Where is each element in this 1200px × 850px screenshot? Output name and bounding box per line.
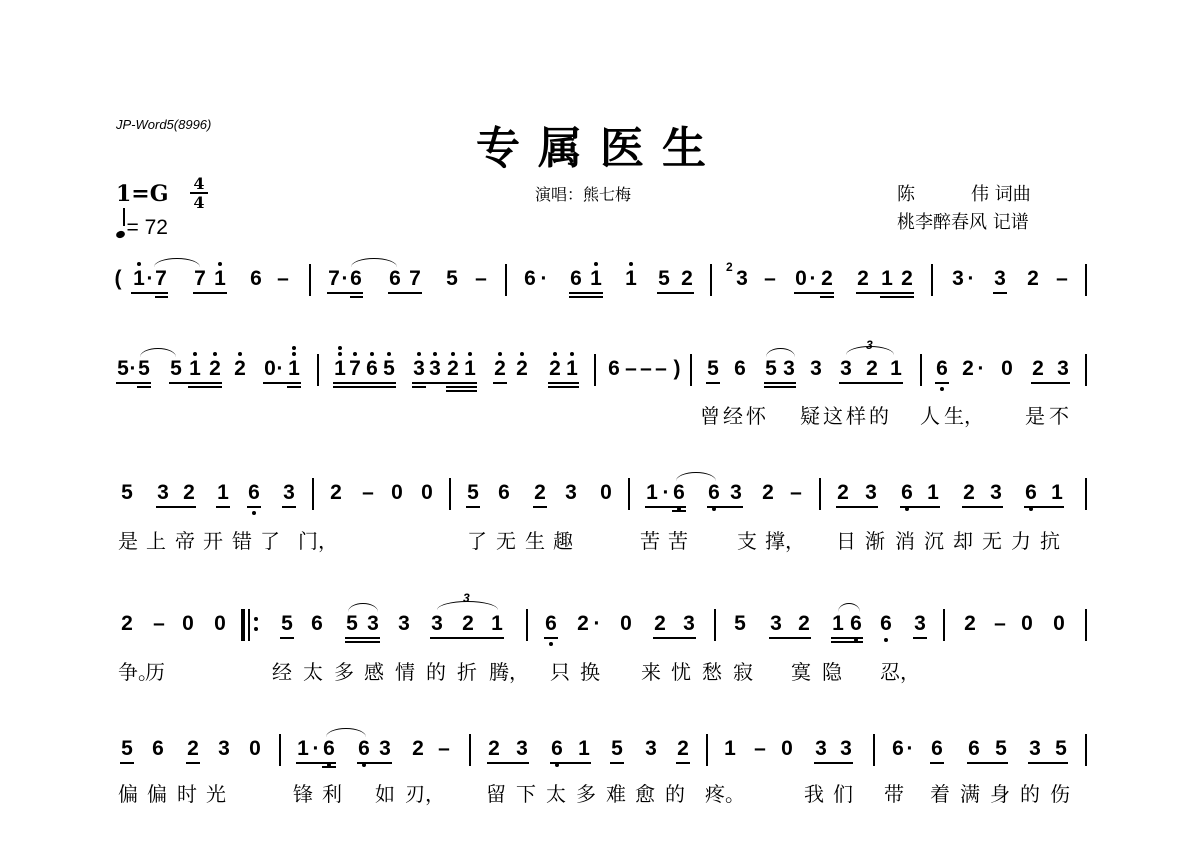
lyric-char: 下 bbox=[516, 778, 536, 807]
note: 1 bbox=[287, 358, 301, 379]
note: 1 bbox=[577, 738, 591, 759]
note: 6 bbox=[249, 268, 263, 289]
lyric-char: 是 bbox=[118, 525, 138, 554]
bar-line bbox=[1085, 609, 1087, 641]
octave-up-dot bbox=[213, 352, 217, 356]
note: 3 bbox=[839, 738, 853, 759]
note: 5 bbox=[657, 268, 671, 289]
beam-underline bbox=[430, 637, 504, 639]
beam-underline bbox=[672, 510, 686, 512]
repeat-dot bbox=[254, 617, 258, 621]
note: 3 bbox=[366, 613, 380, 634]
note: 6 bbox=[967, 738, 981, 759]
lyric-char: 日 bbox=[836, 525, 856, 554]
note: 2 bbox=[820, 268, 834, 289]
octave-up-dot bbox=[553, 352, 557, 356]
lyric-char: 却 bbox=[953, 525, 973, 554]
note: 6 bbox=[707, 482, 721, 503]
lyric-char: 来 bbox=[641, 656, 661, 685]
augmentation-dot: · bbox=[273, 358, 287, 379]
note: 2 bbox=[515, 358, 529, 379]
note: 2 bbox=[461, 613, 475, 634]
note: 1 bbox=[624, 268, 638, 289]
beam-underline bbox=[446, 390, 477, 392]
lyric-char: 光 bbox=[206, 778, 226, 807]
note: 2 bbox=[233, 358, 247, 379]
lyric-char: 多 bbox=[334, 656, 354, 685]
note: 2 bbox=[963, 613, 977, 634]
augmentation-dot: · bbox=[590, 613, 604, 634]
octave-down-dot bbox=[1029, 507, 1033, 511]
note: 5 bbox=[280, 613, 294, 634]
note: 5 bbox=[706, 358, 720, 379]
note: 3 bbox=[1028, 738, 1042, 759]
bar-line bbox=[309, 264, 311, 296]
note: 2 bbox=[653, 613, 667, 634]
beam-underline bbox=[856, 292, 914, 294]
bar-line bbox=[873, 734, 875, 766]
tie-slur bbox=[348, 603, 378, 612]
octave-down-dot bbox=[549, 642, 553, 646]
note: 1 bbox=[213, 268, 227, 289]
note: 1 bbox=[880, 268, 894, 289]
lyric-char: 经 bbox=[723, 400, 743, 429]
beam-underline bbox=[880, 296, 914, 298]
paren-open: ( bbox=[111, 268, 125, 289]
lyric-char: 时 bbox=[177, 778, 197, 807]
note: 6 bbox=[497, 482, 511, 503]
beam-underline bbox=[296, 762, 336, 764]
note: 6 bbox=[388, 268, 402, 289]
lyric-char: 苦 bbox=[640, 525, 660, 554]
lyric-char: 刃， bbox=[405, 778, 445, 807]
bar-line bbox=[526, 609, 528, 641]
note: 0 bbox=[1020, 613, 1034, 634]
lyric-char: 撑， bbox=[765, 525, 805, 554]
note: 2 bbox=[208, 358, 222, 379]
tie-slur bbox=[326, 728, 366, 737]
lyric-char: 趣 bbox=[553, 525, 573, 554]
note: 2 bbox=[962, 482, 976, 503]
dash: – bbox=[624, 358, 638, 379]
note: 2 bbox=[797, 613, 811, 634]
tie-slur bbox=[140, 348, 176, 357]
dash: – bbox=[753, 738, 767, 759]
octave-down-dot bbox=[555, 763, 559, 767]
note: 2 bbox=[1026, 268, 1040, 289]
beam-underline bbox=[569, 296, 603, 298]
lyric-char: 经 bbox=[272, 656, 292, 685]
lyric-char: 无 bbox=[496, 525, 516, 554]
octave-up-dot bbox=[468, 352, 472, 356]
bar-line bbox=[931, 264, 933, 296]
lyric-char: 寞 bbox=[791, 656, 811, 685]
lyric-char: 是 bbox=[1025, 400, 1045, 429]
lyric-char: 偏 bbox=[147, 778, 167, 807]
note: 6 bbox=[523, 268, 537, 289]
beam-underline bbox=[831, 641, 863, 643]
octave-up-dot bbox=[218, 262, 222, 266]
octave-down-dot bbox=[905, 507, 909, 511]
beam-underline bbox=[333, 382, 396, 384]
octave-down-dot bbox=[252, 511, 256, 515]
note: 3 bbox=[564, 482, 578, 503]
beam-underline bbox=[1031, 382, 1070, 384]
note: 2 bbox=[329, 482, 343, 503]
beam-underline bbox=[333, 386, 396, 388]
lyric-char: 如 bbox=[375, 778, 395, 807]
note: 7 bbox=[154, 268, 168, 289]
augmentation-dot: · bbox=[903, 738, 917, 759]
note: 3 bbox=[951, 268, 965, 289]
note: 2 bbox=[761, 482, 775, 503]
note: 1 bbox=[645, 482, 659, 503]
bar-line bbox=[449, 478, 451, 510]
bar-line bbox=[505, 264, 507, 296]
bar-line bbox=[943, 609, 945, 641]
beam-underline bbox=[345, 637, 380, 639]
octave-up-dot bbox=[370, 352, 374, 356]
note: 5 bbox=[169, 358, 183, 379]
bar-line bbox=[594, 354, 596, 386]
note: 5 bbox=[120, 738, 134, 759]
bar-line bbox=[706, 734, 708, 766]
lyric-char: 愈 bbox=[635, 778, 655, 807]
dash: – bbox=[474, 268, 488, 289]
tie-slur bbox=[154, 258, 200, 267]
beam-underline bbox=[962, 506, 1003, 508]
lyric-char: 沉 bbox=[924, 525, 944, 554]
lyric-char: 留 bbox=[486, 778, 506, 807]
beam-underline bbox=[116, 382, 151, 384]
dash: – bbox=[437, 738, 451, 759]
note: 0 bbox=[1052, 613, 1066, 634]
lyric-char: 支 bbox=[737, 525, 757, 554]
lyric-char: 太 bbox=[303, 656, 323, 685]
lyric-char: 感 bbox=[364, 656, 384, 685]
lyric-char: 了 bbox=[260, 525, 280, 554]
note: 3 bbox=[814, 738, 828, 759]
beam-underline bbox=[169, 382, 222, 384]
lyric-char: 难 bbox=[606, 778, 626, 807]
note: 6 bbox=[849, 613, 863, 634]
beam-underline bbox=[993, 292, 1007, 294]
note: 0 bbox=[181, 613, 195, 634]
octave-down-dot bbox=[940, 387, 944, 391]
lyric-char: 生， bbox=[944, 400, 984, 429]
bar-line bbox=[279, 734, 281, 766]
note: 3 bbox=[156, 482, 170, 503]
beam-underline bbox=[287, 386, 301, 388]
dash: – bbox=[361, 482, 375, 503]
note: 3 bbox=[782, 358, 796, 379]
note: 6 bbox=[151, 738, 165, 759]
note: 2 bbox=[548, 358, 562, 379]
triplet-mark: 3 bbox=[866, 338, 873, 352]
beam-underline bbox=[1028, 762, 1068, 764]
note: 0 bbox=[619, 613, 633, 634]
octave-up-dot bbox=[629, 262, 633, 266]
note: 5 bbox=[120, 482, 134, 503]
lyric-char: 换 bbox=[580, 656, 600, 685]
lyric-char: 苦 bbox=[668, 525, 688, 554]
beam-underline bbox=[493, 382, 507, 384]
octave-up-dot bbox=[338, 352, 342, 356]
note: 6 bbox=[322, 738, 336, 759]
beam-underline bbox=[446, 386, 477, 388]
note: 5 bbox=[733, 613, 747, 634]
note: 3 bbox=[378, 738, 392, 759]
note: 5 bbox=[610, 738, 624, 759]
lyric-char: 的 bbox=[426, 656, 446, 685]
bar-line bbox=[312, 478, 314, 510]
lyric-char: 开 bbox=[203, 525, 223, 554]
octave-up-dot bbox=[238, 352, 242, 356]
tie-slur bbox=[676, 472, 716, 481]
jianpu-score: (1·7716–7·6675–6·6115223–0·22123·32–5·55… bbox=[0, 0, 1200, 850]
note: 3 bbox=[682, 613, 696, 634]
bar-line bbox=[710, 264, 712, 296]
octave-up-dot bbox=[570, 352, 574, 356]
lyric-char: 生 bbox=[525, 525, 545, 554]
note: 7 bbox=[193, 268, 207, 289]
beam-underline bbox=[282, 506, 296, 508]
octave-down-dot bbox=[712, 507, 716, 511]
grace-note: 2 bbox=[726, 260, 733, 274]
bar-line bbox=[317, 354, 319, 386]
note: 3 bbox=[735, 268, 749, 289]
beam-underline bbox=[764, 386, 796, 388]
beam-underline bbox=[653, 637, 696, 639]
note: 2 bbox=[961, 358, 975, 379]
note: 2 bbox=[186, 738, 200, 759]
note: 2 bbox=[446, 358, 460, 379]
note: 1 bbox=[831, 613, 845, 634]
dash: – bbox=[763, 268, 777, 289]
beam-underline bbox=[550, 762, 591, 764]
octave-up-dot bbox=[594, 262, 598, 266]
note: 0 bbox=[420, 482, 434, 503]
lyric-char: 力 bbox=[1011, 525, 1031, 554]
note: 2 bbox=[836, 482, 850, 503]
note: 2 bbox=[493, 358, 507, 379]
note: 3 bbox=[217, 738, 231, 759]
beam-underline bbox=[1024, 506, 1064, 508]
beam-underline bbox=[388, 292, 422, 294]
lyric-char: 错 bbox=[232, 525, 252, 554]
dash: – bbox=[654, 358, 668, 379]
beam-underline bbox=[548, 382, 579, 384]
octave-up-dot bbox=[498, 352, 502, 356]
lyric-char: 我 bbox=[804, 778, 824, 807]
note: 0 bbox=[248, 738, 262, 759]
octave-up-dot bbox=[387, 352, 391, 356]
octave-down-dot bbox=[884, 638, 888, 642]
beam-underline bbox=[466, 506, 480, 508]
note: 0 bbox=[213, 613, 227, 634]
beam-underline bbox=[831, 637, 863, 639]
lyric-char: 历 bbox=[145, 656, 165, 685]
beam-underline bbox=[935, 382, 949, 384]
beam-underline bbox=[188, 386, 222, 388]
lyric-char: 伤 bbox=[1050, 778, 1070, 807]
beam-underline bbox=[820, 296, 834, 298]
bar-line bbox=[819, 478, 821, 510]
beam-underline bbox=[186, 762, 200, 764]
note: 1 bbox=[589, 268, 603, 289]
note: 1 bbox=[565, 358, 579, 379]
note: 3 bbox=[864, 482, 878, 503]
octave-up-dot bbox=[292, 352, 296, 356]
bar-line bbox=[1085, 734, 1087, 766]
lyric-char: 不 bbox=[1049, 400, 1069, 429]
octave-up-dot bbox=[433, 352, 437, 356]
lyric-char: 帝 bbox=[175, 525, 195, 554]
octave-up-dot bbox=[353, 352, 357, 356]
note: 3 bbox=[989, 482, 1003, 503]
lyric-char: 无 bbox=[982, 525, 1002, 554]
note: 2 bbox=[576, 613, 590, 634]
lyric-char: 的 bbox=[1020, 778, 1040, 807]
paren-close: ) bbox=[670, 358, 684, 379]
note: 2 bbox=[865, 358, 879, 379]
lyric-char: 忧 bbox=[671, 656, 691, 685]
triplet-mark: 3 bbox=[463, 591, 470, 605]
note: 0 bbox=[780, 738, 794, 759]
beam-underline bbox=[412, 386, 426, 388]
tie-slur bbox=[838, 603, 860, 612]
lyric-char: 这 bbox=[823, 400, 843, 429]
augmentation-dot: · bbox=[309, 738, 323, 759]
note: 3 bbox=[729, 482, 743, 503]
beam-underline bbox=[350, 296, 363, 298]
note: 2 bbox=[120, 613, 134, 634]
lyric-char: 的 bbox=[869, 400, 889, 429]
lyric-char: 身 bbox=[990, 778, 1010, 807]
beam-underline bbox=[487, 762, 529, 764]
bar-line bbox=[920, 354, 922, 386]
lyric-char: 隐 bbox=[822, 656, 842, 685]
dash: – bbox=[639, 358, 653, 379]
note: 6 bbox=[879, 613, 893, 634]
note: 6 bbox=[930, 738, 944, 759]
tie-slur bbox=[766, 348, 795, 357]
note: 5 bbox=[137, 358, 151, 379]
note: 2 bbox=[533, 482, 547, 503]
beam-underline bbox=[120, 762, 134, 764]
lyric-char: 了 bbox=[467, 525, 487, 554]
beam-underline bbox=[836, 506, 878, 508]
note: 5 bbox=[764, 358, 778, 379]
bar-line bbox=[1085, 478, 1087, 510]
note: 1 bbox=[490, 613, 504, 634]
beam-underline bbox=[544, 637, 558, 639]
lyric-char: 曾 bbox=[700, 400, 720, 429]
note: 1 bbox=[1050, 482, 1064, 503]
beam-underline bbox=[216, 506, 230, 508]
lyric-char: 上 bbox=[146, 525, 166, 554]
note: 6 bbox=[900, 482, 914, 503]
beam-underline bbox=[967, 762, 1008, 764]
note: 6 bbox=[550, 738, 564, 759]
note: 3 bbox=[282, 482, 296, 503]
beam-underline bbox=[707, 506, 743, 508]
beam-underline bbox=[900, 506, 940, 508]
dash: – bbox=[1055, 268, 1069, 289]
note: 6 bbox=[935, 358, 949, 379]
bar-line bbox=[1085, 354, 1087, 386]
note: 0 bbox=[390, 482, 404, 503]
note: 3 bbox=[1056, 358, 1070, 379]
beam-underline bbox=[155, 296, 168, 298]
note: 3 bbox=[515, 738, 529, 759]
beam-underline bbox=[676, 762, 690, 764]
beam-underline bbox=[137, 386, 151, 388]
dash: – bbox=[789, 482, 803, 503]
octave-up-dot bbox=[137, 262, 141, 266]
note: 1 bbox=[296, 738, 310, 759]
octave-up-dot bbox=[451, 352, 455, 356]
beam-underline bbox=[327, 292, 363, 294]
note: 2 bbox=[487, 738, 501, 759]
note: 6 bbox=[1024, 482, 1038, 503]
dash: – bbox=[993, 613, 1007, 634]
beam-underline bbox=[533, 506, 547, 508]
note: 3 bbox=[839, 358, 853, 379]
dash: – bbox=[152, 613, 166, 634]
beam-underline bbox=[357, 762, 392, 764]
note: 6 bbox=[247, 482, 261, 503]
bar-line bbox=[1085, 264, 1087, 296]
note: 6 bbox=[607, 358, 621, 379]
note: 5 bbox=[345, 613, 359, 634]
lyric-char: 利 bbox=[322, 778, 342, 807]
lyric-char: 样 bbox=[846, 400, 866, 429]
note: 2 bbox=[182, 482, 196, 503]
note: 2 bbox=[856, 268, 870, 289]
beam-underline bbox=[322, 766, 336, 768]
note: 5 bbox=[445, 268, 459, 289]
beam-underline bbox=[794, 292, 834, 294]
beam-underline bbox=[193, 292, 227, 294]
repeat-dot bbox=[254, 627, 258, 631]
beam-underline bbox=[280, 637, 294, 639]
lyric-char: 满 bbox=[960, 778, 980, 807]
note: 3 bbox=[430, 613, 444, 634]
note: 3 bbox=[913, 613, 927, 634]
beam-underline bbox=[706, 382, 720, 384]
note: 3 bbox=[412, 358, 426, 379]
note: 6 bbox=[310, 613, 324, 634]
lyric-char: 偏 bbox=[118, 778, 138, 807]
note: 1 bbox=[723, 738, 737, 759]
lyric-char: 渐 bbox=[865, 525, 885, 554]
note: 7 bbox=[408, 268, 422, 289]
beam-underline bbox=[247, 506, 261, 508]
augmentation-dot: · bbox=[974, 358, 988, 379]
lyric-char: 消 bbox=[895, 525, 915, 554]
note: 3 bbox=[993, 268, 1007, 289]
note: 5 bbox=[382, 358, 396, 379]
beam-underline bbox=[764, 382, 796, 384]
note: 1 bbox=[889, 358, 903, 379]
beam-underline bbox=[263, 382, 301, 384]
lyric-char: 太 bbox=[546, 778, 566, 807]
beam-underline bbox=[657, 292, 694, 294]
note: 2 bbox=[680, 268, 694, 289]
beam-underline bbox=[645, 506, 686, 508]
note: 1 bbox=[926, 482, 940, 503]
